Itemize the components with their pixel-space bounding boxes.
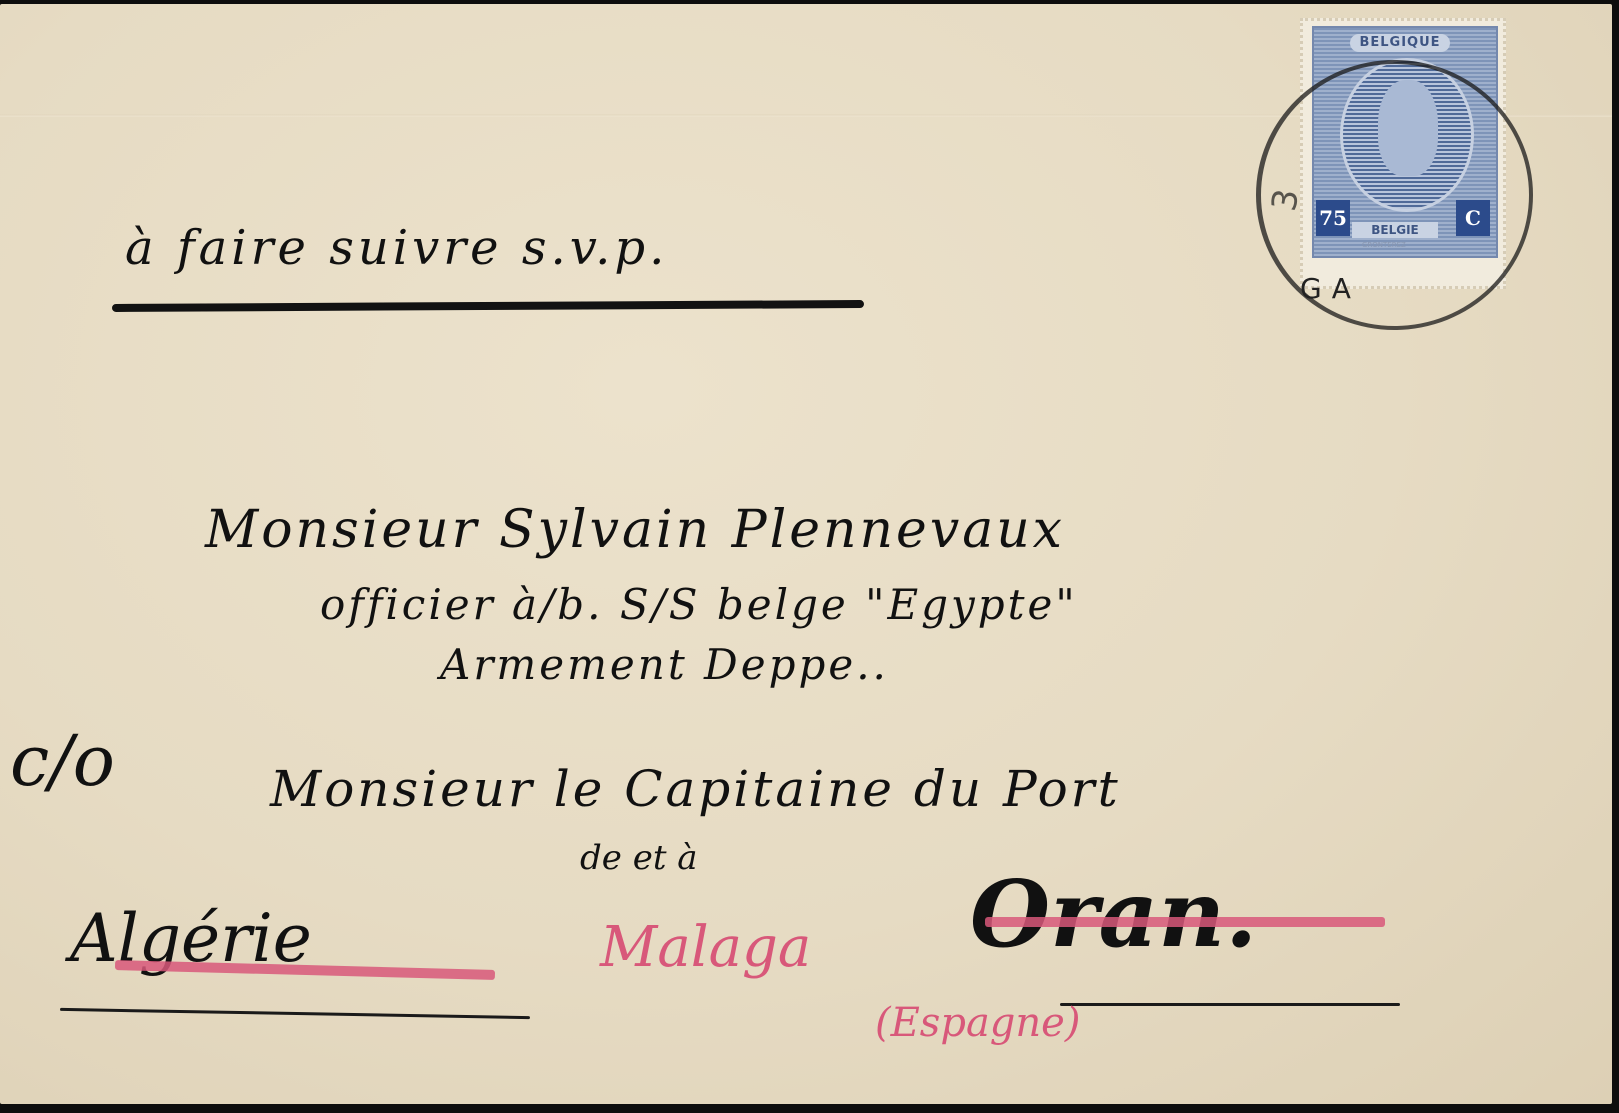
redirect-country: (Espagne) — [875, 1000, 1080, 1046]
recipient-name: Monsieur Sylvain Plennevaux — [205, 500, 1065, 560]
original-city: Oran. — [970, 860, 1257, 968]
city-underline — [1060, 1003, 1400, 1006]
care-of-recipient: Monsieur le Capitaine du Port — [270, 760, 1121, 818]
redirect-city: Malaga — [600, 915, 811, 980]
care-of-label: c/o — [10, 720, 115, 802]
recipient-shipowner: Armement Deppe.. — [440, 640, 889, 689]
address-connector: de et à — [580, 838, 698, 878]
stamp-country-top: BELGIQUE — [1350, 34, 1450, 52]
recipient-position: officier à/b. S/S belge "Egypte" — [320, 580, 1078, 629]
postmark-town: GA — [1300, 272, 1361, 305]
forwarding-instruction: à faire suivre s.v.p. — [125, 220, 668, 276]
city-strikethrough — [985, 917, 1385, 927]
